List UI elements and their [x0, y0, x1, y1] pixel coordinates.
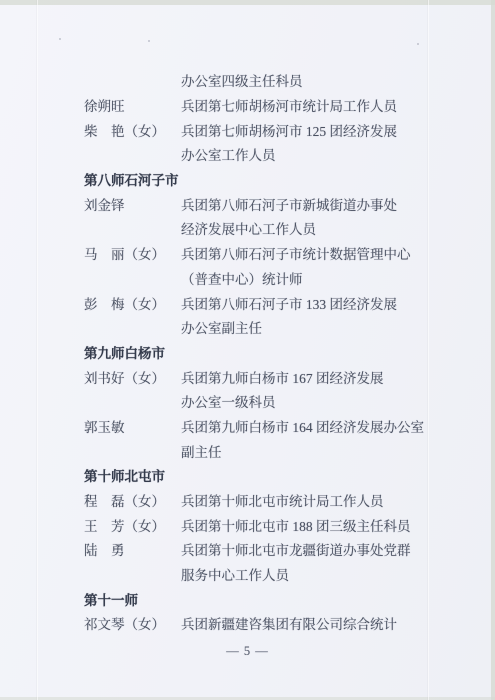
person-name: 徐朔旺 — [84, 95, 181, 115]
entry-description: 副主任 — [181, 441, 465, 461]
entry-description: 办公室副主任 — [181, 317, 465, 337]
person-name: 马 丽（女） — [84, 243, 181, 263]
entry-description: 经济发展中心工作人员 — [181, 218, 465, 238]
dust-speck — [148, 40, 150, 42]
person-name: 陆 勇 — [84, 539, 181, 559]
section-header-row: 第八师石河子市 — [84, 167, 465, 192]
scan-edge-right — [491, 0, 495, 700]
entry-row: 办公室副主任 — [84, 315, 465, 340]
entry-description: 兵团第八师石河子市统计数据管理中心 — [181, 243, 465, 263]
entry-description: 办公室四级主任科员 — [181, 70, 465, 90]
entry-row: 刘书好（女）兵团第九师白杨市 167 团经济发展 — [84, 364, 465, 389]
section-header: 第八师石河子市 — [84, 169, 179, 189]
entry-row: 副主任 — [84, 438, 465, 463]
entry-row: 彭 梅（女）兵团第八师石河子市 133 团经济发展 — [84, 290, 465, 315]
person-name: 郭玉敏 — [84, 416, 181, 436]
entry-row: 办公室四级主任科员 — [84, 68, 465, 93]
entry-description: 兵团第十师北屯市龙疆街道办事处党群 — [181, 539, 465, 559]
dust-speck — [59, 38, 61, 40]
entry-row: 徐朔旺兵团第七师胡杨河市统计局工作人员 — [84, 93, 465, 118]
entry-description: 兵团第七师胡杨河市 125 团经济发展 — [181, 120, 465, 140]
document-lines: 办公室四级主任科员徐朔旺兵团第七师胡杨河市统计局工作人员柴 艳（女）兵团第七师胡… — [84, 68, 465, 636]
entry-row: 经济发展中心工作人员 — [84, 216, 465, 241]
entry-row: 刘金铎兵团第八师石河子市新城街道办事处 — [84, 191, 465, 216]
section-header-row: 第九师白杨市 — [84, 340, 465, 365]
person-name: 刘书好（女） — [84, 367, 181, 387]
scanned-document-page: 办公室四级主任科员徐朔旺兵团第七师胡杨河市统计局工作人员柴 艳（女）兵团第七师胡… — [0, 0, 495, 700]
entry-row: 祁文琴（女）兵团新疆建咨集团有限公司综合统计 — [84, 611, 465, 636]
entry-row: 办公室工作人员 — [84, 142, 465, 167]
entry-description: 兵团第八师石河子市 133 团经济发展 — [181, 293, 465, 313]
paper-crease-left — [37, 0, 38, 700]
entry-description: 兵团第九师白杨市 164 团经济发展办公室 — [181, 416, 465, 436]
entry-description: 兵团新疆建咨集团有限公司综合统计 — [181, 613, 465, 633]
section-header-row: 第十师北屯市 — [84, 463, 465, 488]
person-name: 程 磊（女） — [84, 490, 181, 510]
person-name: 柴 艳（女） — [84, 120, 181, 140]
section-header-row: 第十一师 — [84, 586, 465, 611]
entry-description: 办公室一级科员 — [181, 391, 465, 411]
entry-row: 马 丽（女）兵团第八师石河子市统计数据管理中心 — [84, 241, 465, 266]
entry-row: 柴 艳（女）兵团第七师胡杨河市 125 团经济发展 — [84, 117, 465, 142]
entry-row: 郭玉敏兵团第九师白杨市 164 团经济发展办公室 — [84, 414, 465, 439]
section-header: 第十师北屯市 — [84, 465, 165, 485]
entry-row: 陆 勇兵团第十师北屯市龙疆街道办事处党群 — [84, 537, 465, 562]
section-header: 第十一师 — [84, 589, 138, 609]
entry-row: 王 芳（女）兵团第十师北屯市 188 团三级主任科员 — [84, 512, 465, 537]
entry-row: 服务中心工作人员 — [84, 562, 465, 587]
entry-description: 兵团第七师胡杨河市统计局工作人员 — [181, 95, 465, 115]
entry-row: 办公室一级科员 — [84, 389, 465, 414]
dust-speck — [417, 43, 419, 45]
entry-description: 服务中心工作人员 — [181, 564, 465, 584]
person-name: 王 芳（女） — [84, 515, 181, 535]
entry-row: 程 磊（女）兵团第十师北屯市统计局工作人员 — [84, 488, 465, 513]
entry-description: （普查中心）统计师 — [181, 268, 465, 288]
entry-description: 兵团第十师北屯市统计局工作人员 — [181, 490, 465, 510]
page-number: — 5 — — [0, 644, 495, 659]
entry-row: （普查中心）统计师 — [84, 266, 465, 291]
person-name: 祁文琴（女） — [84, 613, 181, 633]
entry-description: 兵团第九师白杨市 167 团经济发展 — [181, 367, 465, 387]
scan-edge-top — [0, 0, 495, 5]
entry-description: 兵团第十师北屯市 188 团三级主任科员 — [181, 515, 465, 535]
person-name: 刘金铎 — [84, 194, 181, 214]
section-header: 第九师白杨市 — [84, 342, 165, 362]
entry-description: 兵团第八师石河子市新城街道办事处 — [181, 194, 465, 214]
entry-description: 办公室工作人员 — [181, 144, 465, 164]
person-name: 彭 梅（女） — [84, 293, 181, 313]
